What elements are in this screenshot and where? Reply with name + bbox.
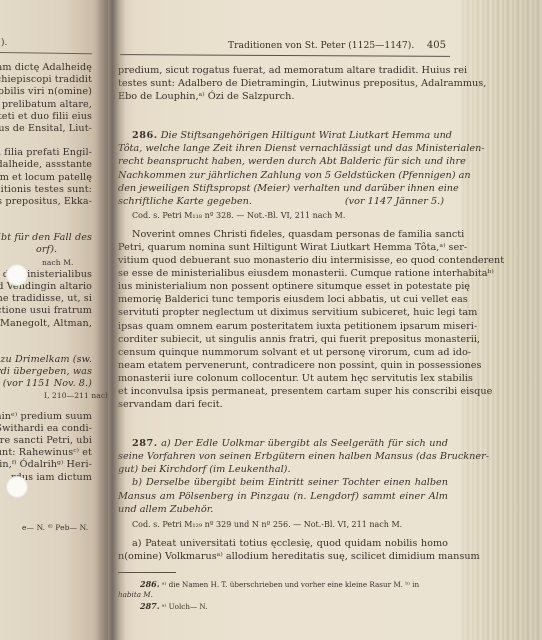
left-page-text: e iam dictę Adalheidę archiepiscopi trad…: [0, 62, 92, 534]
left-header-rule: [0, 52, 92, 54]
text-line: m Adalheide, assstante: [0, 159, 92, 171]
entry-287-regest-b: b) Derselbe übergibt beim Eintritt seine…: [118, 476, 448, 515]
entry-date: (vor 1147 Jänner 5.): [345, 195, 448, 208]
left-page: ). e iam dictę Adalheidę archiepiscopi t…: [0, 0, 108, 640]
entry-286-source: Cod. s. Petri M₁₁₈ nº 328. — Not.-Bl. VI…: [118, 209, 448, 222]
entry-286-text: Noverint omnes Christi fideles, quasdam …: [118, 228, 448, 411]
text-line: phinᵉ⁾ predium suum: [0, 411, 92, 423]
regest-line: orf).: [0, 244, 92, 256]
regest-line: zu Drimelkam (sw.: [0, 354, 92, 366]
text-line: archiepiscopi tradidit: [0, 74, 92, 86]
text-line: m nobilis viri n(omine): [0, 86, 92, 98]
text-line: teti et duo filii eius: [0, 111, 92, 123]
source-line: I, 210—211 nach M.: [0, 390, 92, 402]
entry-287-text: a) Pateat universitati totius ęcclesię, …: [118, 537, 448, 563]
entry-287-regest-a: 287. a) Der Edle Uolkmar übergibt als Se…: [118, 437, 448, 476]
text-line: am et locum patellę: [0, 172, 92, 184]
regest-line: (vor 1151 Nov. 8.): [0, 378, 92, 390]
text-line: lictione usui fratrum: [0, 305, 92, 317]
footnote-rule: [118, 572, 176, 573]
footnote-286: 286. ᵃ⁾ die Namen H. T. überschrieben un…: [118, 579, 448, 591]
entry-number: 286.: [132, 130, 158, 141]
left-running-head-fragment: ).: [1, 38, 7, 48]
text-line: raditionis testes sunt:: [0, 184, 92, 196]
right-page-body: predium, sicut rogatus fuerat, ad memora…: [118, 64, 448, 612]
regest-line: ardi übergeben, was: [0, 366, 92, 378]
footnote-fragment: e— N. ᵈ⁾ Peb— N.: [0, 522, 92, 534]
running-head-title: Traditionen von St. Peter (1125—1147).: [228, 40, 414, 51]
text-line: ht, Manegolt, Altman,: [0, 318, 92, 330]
page-edges: [460, 0, 542, 640]
punch-hole: [6, 476, 28, 498]
text-line: i Swithardi ea condi-: [0, 423, 92, 435]
text-line: sunt: Rahewinusᶜ⁾ et: [0, 447, 92, 459]
running-head: Traditionen von St. Peter (1125—1147). 4…: [118, 40, 448, 54]
entry-286-regest: 286. Die Stiftsangehörigen Hiltigunt Wir…: [118, 129, 448, 208]
text-line: tare sancti Petri, ubi: [0, 435, 92, 447]
text-line: ıgin,ᶠ⁾ Ódalrihᵍ⁾ Heri-: [0, 459, 92, 471]
text-line: ıgus de Ensital, Liut-: [0, 123, 92, 135]
text-line: one tradidisse, ut, si: [0, 293, 92, 305]
text-line: inus prepositus, Ekka-: [0, 196, 92, 208]
text-line: m filia prefati Engil-: [0, 147, 92, 159]
book-spread: ). e iam dictę Adalheidę archiepiscopi t…: [0, 0, 542, 640]
footnotes: 286. ᵃ⁾ die Namen H. T. überschrieben un…: [118, 579, 448, 613]
book-gutter: [96, 0, 126, 640]
footnote-287: 287. ᵃ⁾ Uolch— N.: [118, 601, 448, 613]
punch-hole: [6, 264, 28, 286]
regest-line: ibt für den Fall des: [0, 232, 92, 244]
entry-287-source: Cod. s. Petri M₁₂₉ nº 329 und N nº 256. …: [118, 518, 448, 531]
text-line: ad prelibatum altare,: [0, 99, 92, 111]
text-line: e iam dictę Adalheidę: [0, 62, 92, 74]
entry-number: 287.: [132, 438, 158, 449]
continuation-paragraph: predium, sicut rogatus fuerat, ad memora…: [118, 64, 448, 103]
page-number: 405: [427, 40, 446, 51]
